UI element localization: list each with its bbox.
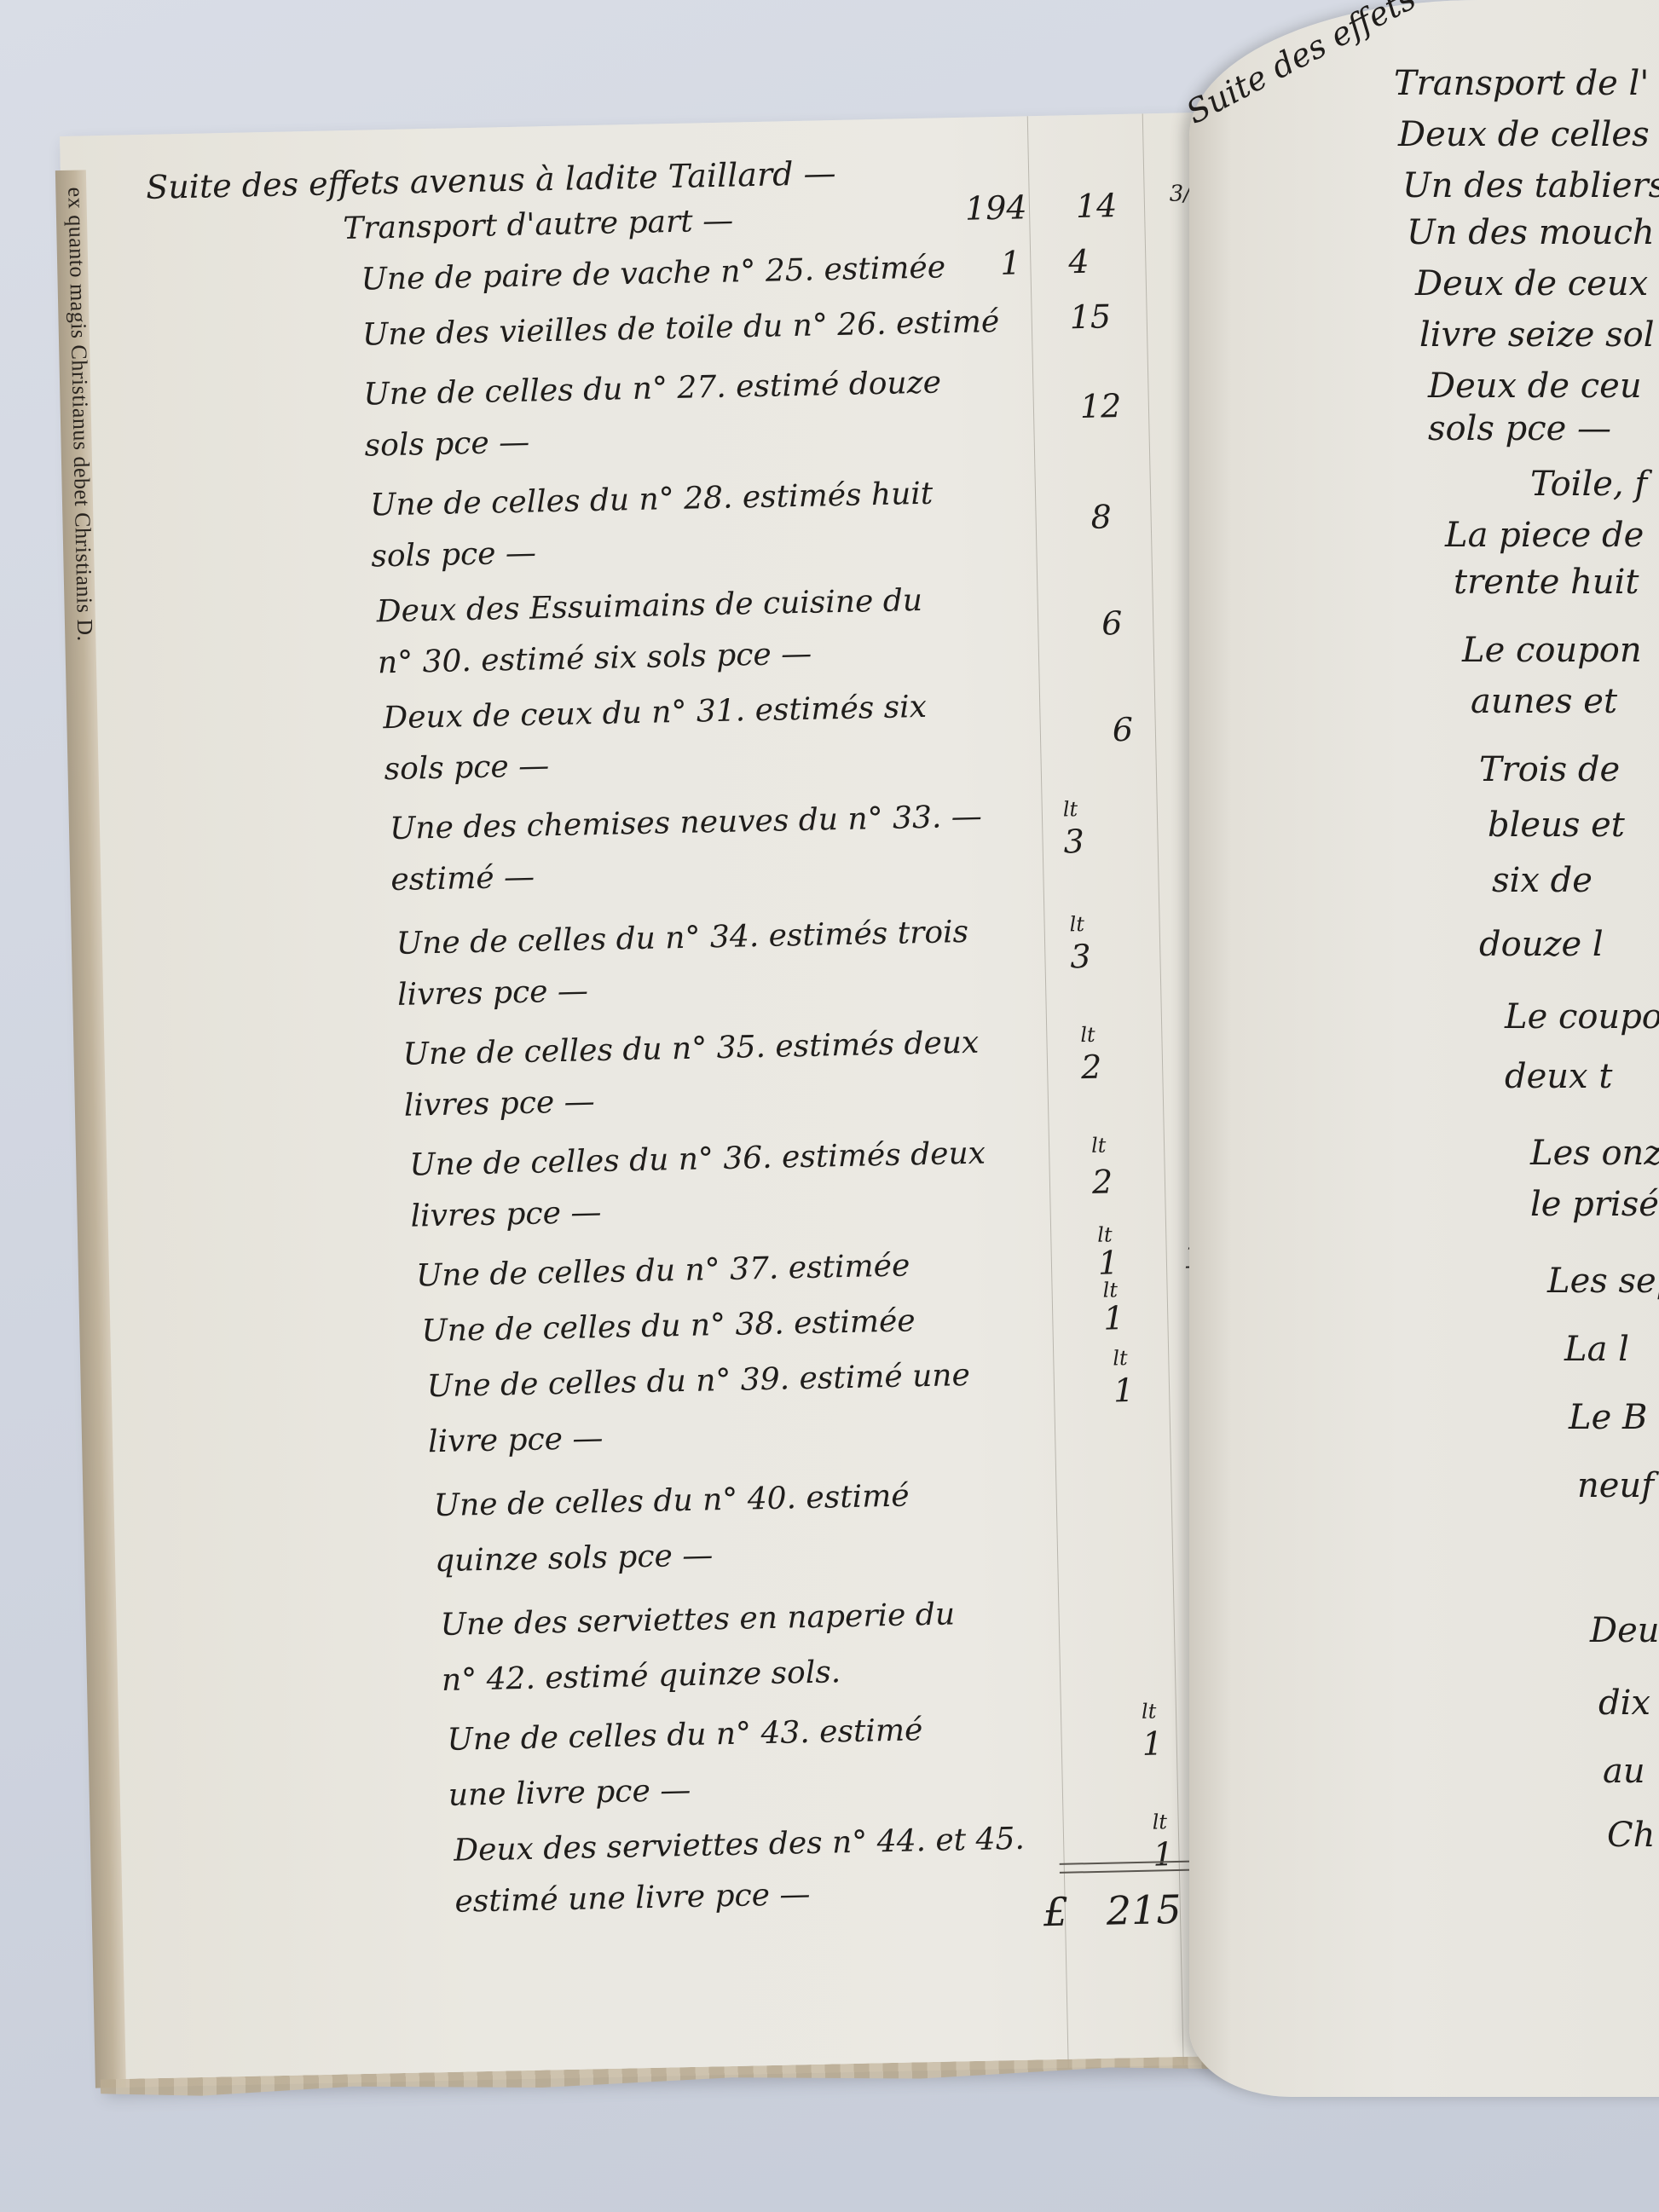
- right-line: Trois de: [1479, 750, 1620, 789]
- entry-livres: 1: [1103, 1299, 1124, 1337]
- right-line: deux t: [1505, 1057, 1612, 1096]
- entry-line: Une de celles du n° 37. estimée: [416, 1248, 910, 1293]
- right-line: Deux de ceux: [1415, 264, 1648, 303]
- entry-line: estimé une livre pce —: [454, 1877, 811, 1920]
- right-line: Le B: [1569, 1398, 1647, 1437]
- spine-printed-text: ex quanto magis Christianus debet Christ…: [59, 187, 113, 1380]
- right-line: aunes et: [1471, 682, 1617, 721]
- right-line: Transport de l': [1394, 64, 1649, 103]
- entry-line: livres pce —: [397, 973, 589, 1013]
- right-line: Deux de ceu: [1428, 367, 1642, 406]
- livre-mark: lt: [1091, 1134, 1107, 1158]
- right-line: Deu: [1590, 1611, 1659, 1650]
- right-line: Les onz: [1530, 1134, 1659, 1173]
- right-line: douze l: [1479, 925, 1604, 964]
- right-line: Un des tabliers: [1402, 166, 1659, 205]
- entry-line: Une de celles du n° 27. estimé douze: [363, 365, 941, 412]
- entry-line: Une des serviettes en naperie du: [440, 1597, 955, 1643]
- entry-line: quinze sols pce —: [435, 1538, 714, 1579]
- livre-mark: lt: [1062, 797, 1078, 821]
- entry-line: sols pce —: [371, 535, 536, 574]
- right-line: au: [1603, 1752, 1645, 1791]
- entry-line: une livre pce —: [448, 1773, 691, 1813]
- right-line: six de: [1492, 861, 1593, 900]
- entry-line: sols pce —: [384, 748, 549, 787]
- page-heading: Suite des effets avenus à ladite Taillar…: [146, 154, 836, 206]
- entry-line: Une de celles du n° 35. estimés deux: [402, 1025, 979, 1072]
- entry-line: Une de celles du n° 39. estimé une: [426, 1358, 970, 1404]
- entry-line: Une de celles du n° 28. estimés huit: [370, 476, 934, 523]
- entry-livres: 1: [1097, 1244, 1119, 1281]
- entry-sols: 8: [1090, 498, 1112, 535]
- right-line: trente huit: [1454, 563, 1639, 602]
- entry-line: Une de celles du n° 34. estimés trois: [396, 915, 968, 962]
- entry-line: Une de celles du n° 43. estimé: [447, 1712, 923, 1758]
- entry-line: livres pce —: [403, 1084, 595, 1123]
- right-line: bleus et: [1488, 806, 1625, 845]
- carried-forward-label: Transport d'autre part —: [343, 203, 734, 246]
- entry-livres: 1: [1142, 1724, 1163, 1762]
- worn-page-edge: [101, 2053, 1362, 2100]
- column-rule-sols: [1142, 113, 1184, 2065]
- entry-line: Deux des Essuimains de cuisine du: [376, 583, 922, 629]
- entry-line: n° 30. estimé six sols pce —: [378, 637, 812, 681]
- entry-sols: 12: [1079, 387, 1121, 425]
- right-line: La l: [1564, 1330, 1629, 1369]
- entry-line: Deux des serviettes des n° 44. et 45.: [454, 1822, 1025, 1868]
- right-page: Suite des effets avenus à ladite Transpo…: [1189, 0, 1659, 2097]
- livre-mark: lt: [1142, 1699, 1157, 1723]
- ledger-entries: Une de paire de vache n° 25. estimée 1 4…: [60, 110, 1321, 136]
- entry-sols: 6: [1112, 711, 1133, 748]
- right-line: livre seize sol: [1419, 315, 1655, 355]
- right-line: Ch: [1607, 1816, 1655, 1855]
- livre-mark: lt: [1152, 1810, 1167, 1834]
- entry-line: Une de celles du n° 38. estimée: [421, 1303, 916, 1349]
- entry-line: Une des chemises neuves du n° 33. —: [390, 800, 982, 847]
- entry-line: sols pce —: [364, 425, 529, 464]
- entry-line: livre pce —: [428, 1421, 604, 1459]
- right-line: Un des mouch: [1407, 213, 1655, 252]
- right-line: Toile, f: [1530, 465, 1647, 504]
- right-line: le prisé: [1530, 1185, 1659, 1224]
- right-line: Le coupon: [1462, 631, 1642, 670]
- livre-mark: lt: [1080, 1023, 1095, 1047]
- column-rule-livres: [1027, 116, 1069, 2068]
- right-line: sols pce —: [1428, 409, 1611, 448]
- entry-livres: 1: [1113, 1372, 1135, 1409]
- total-livres: 215: [1106, 1886, 1182, 1934]
- entry-line: n° 42. estimé quinze sols.: [442, 1655, 841, 1698]
- right-line: Deux de celles d: [1398, 115, 1659, 154]
- entry-sols: 15: [1069, 297, 1111, 336]
- entry-sols: 6: [1101, 604, 1123, 642]
- entry-livres: 1: [1000, 244, 1021, 281]
- entry-line: livres pce —: [410, 1195, 602, 1234]
- entry-line: Une des vieilles de toile du n° 26. esti…: [362, 304, 1000, 353]
- right-line: Les sep: [1547, 1262, 1659, 1301]
- livre-mark: lt: [1113, 1346, 1128, 1370]
- right-line: dix: [1598, 1684, 1650, 1723]
- entry-line: estimé —: [390, 860, 535, 898]
- right-line: neuf: [1577, 1466, 1654, 1505]
- livre-mark: lt: [1069, 912, 1084, 936]
- carried-sols: 14: [1076, 187, 1118, 225]
- entry-line: Une de celles du n° 36. estimés deux: [409, 1136, 986, 1183]
- right-line: Le coupo: [1505, 997, 1659, 1037]
- entry-line: Une de paire de vache n° 25. estimée: [361, 250, 945, 297]
- entry-sols: 4: [1068, 243, 1090, 280]
- entry-livres: 3: [1063, 823, 1084, 860]
- entry-livres: 3: [1070, 938, 1091, 975]
- left-page: ex quanto magis Christianus debet Christ…: [60, 110, 1362, 2088]
- entry-line: Deux de ceux du n° 31. estimés six: [383, 690, 927, 736]
- right-line: La piece de: [1445, 516, 1644, 555]
- entry-livres: 2: [1091, 1163, 1113, 1200]
- entry-livres: 2: [1081, 1048, 1102, 1086]
- entry-livres: 1: [1153, 1835, 1174, 1873]
- pound-symbol: £: [1043, 1889, 1068, 1936]
- carried-livres: 194: [965, 188, 1027, 228]
- entry-line: Une de celles du n° 40. estimé: [433, 1478, 910, 1523]
